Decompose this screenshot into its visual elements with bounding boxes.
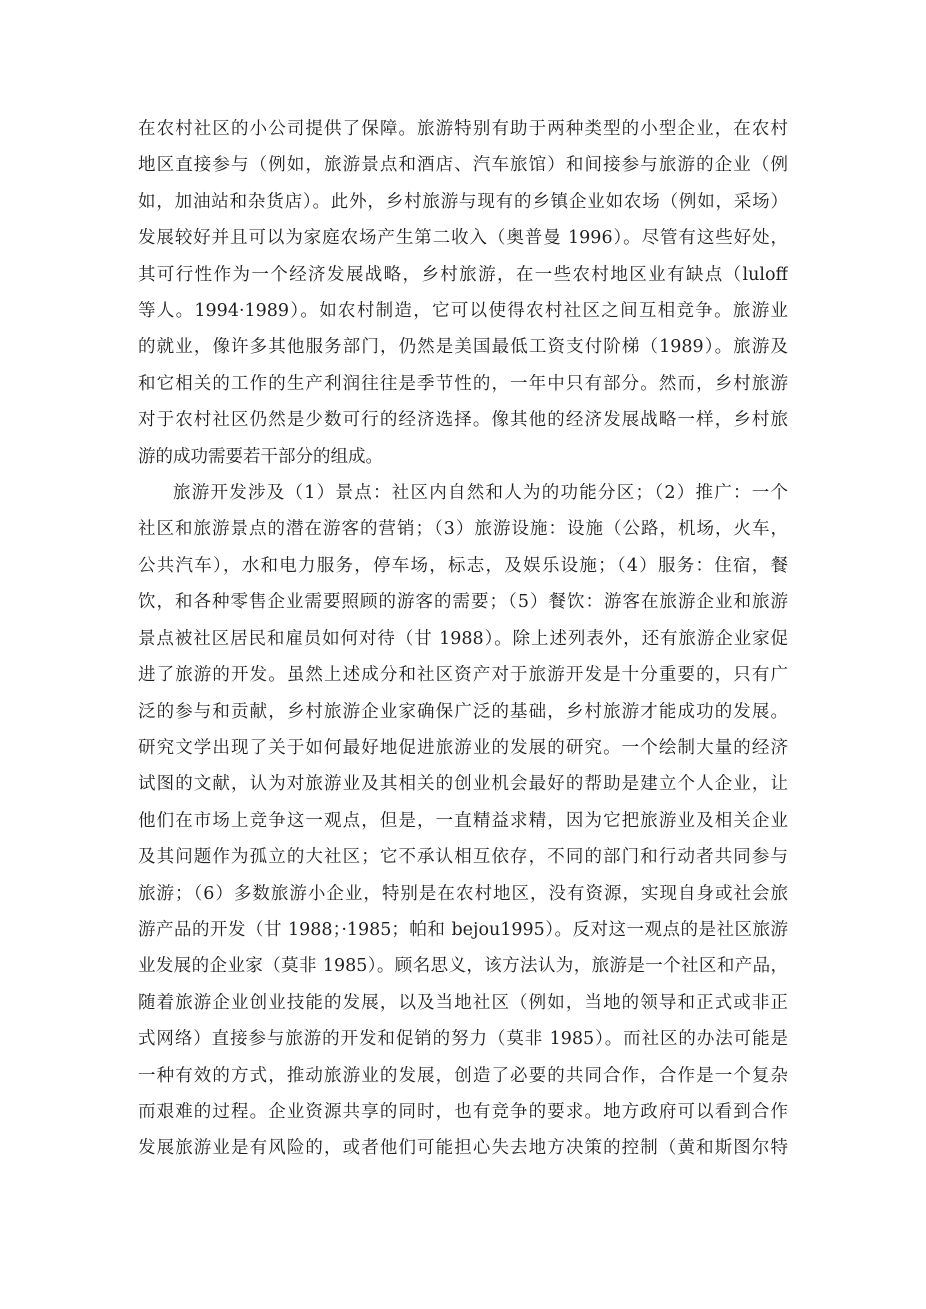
document-page: 在农村社区的小公司提供了保障。旅游特别有助于两种类型的小型企业，在农村 地区直接… (0, 0, 926, 1309)
text-line: 公共汽车），水和电力服务，停车场，标志，及娱乐设施；（4）服务：住宿，餐 (138, 548, 788, 584)
text-line: 在农村社区的小公司提供了保障。旅游特别有助于两种类型的小型企业，在农村 (138, 111, 788, 147)
text-line: 等人。1994·1989）。如农村制造，它可以使得农村社区之间互相竞争。旅游业 (138, 293, 788, 329)
text-line: 社区和旅游景点的潜在游客的营销；（3）旅游设施：设施（公路，机场，火车， (138, 511, 788, 547)
text-line: 景点被社区居民和雇员如何对待（甘 1988）。除上述列表外，还有旅游企业家促 (138, 621, 788, 657)
text-line: 进了旅游的开发。虽然上述成分和社区资产对于旅游开发是十分重要的，只有广 (138, 657, 788, 693)
text-line: 业发展的企业家（莫非 1985）。顾名思义，该方法认为，旅游是一个社区和产品， (138, 948, 788, 984)
text-line: 其可行性作为一个经济发展战略，乡村旅游，在一些农村地区业有缺点（luloff (138, 257, 788, 293)
text-line: 的就业，像许多其他服务部门，仍然是美国最低工资支付阶梯（1989）。旅游及 (138, 329, 788, 365)
text-line: 游的成功需要若干部分的组成。 (138, 439, 788, 475)
paragraph-1: 在农村社区的小公司提供了保障。旅游特别有助于两种类型的小型企业，在农村 地区直接… (138, 111, 788, 475)
text-line: 而艰难的过程。企业资源共享的同时，也有竞争的要求。地方政府可以看到合作 (138, 1094, 788, 1130)
paragraph-2: 旅游开发涉及（1）景点：社区内自然和人为的功能分区；（2）推广：一个 社区和旅游… (138, 475, 788, 1167)
text-line: 及其问题作为孤立的大社区；它不承认相互依存，不同的部门和行动者共同参与 (138, 839, 788, 875)
text-line: 旅游；（6）多数旅游小企业，特别是在农村地区，没有资源，实现自身或社会旅 (138, 876, 788, 912)
text-line: 发展较好并且可以为家庭农场产生第二收入（奥普曼 1996）。尽管有这些好处， (138, 220, 788, 256)
text-line: 游产品的开发（甘 1988；·1985；帕和 bejou1995）。反对这一观点… (138, 912, 788, 948)
text-line: 旅游开发涉及（1）景点：社区内自然和人为的功能分区；（2）推广：一个 (138, 475, 788, 511)
text-line: 随着旅游企业创业技能的发展，以及当地社区（例如，当地的领导和正式或非正 (138, 985, 788, 1021)
text-line: 试图的文献，认为对旅游业及其相关的创业机会最好的帮助是建立个人企业，让 (138, 766, 788, 802)
text-line: 对于农村社区仍然是少数可行的经济选择。像其他的经济发展战略一样，乡村旅 (138, 402, 788, 438)
text-line: 地区直接参与（例如，旅游景点和酒店、汽车旅馆）和间接参与旅游的企业（例 (138, 147, 788, 183)
text-line: 一种有效的方式，推动旅游业的发展，创造了必要的共同合作，合作是一个复杂 (138, 1058, 788, 1094)
text-line: 泛的参与和贡献，乡村旅游企业家确保广泛的基础，乡村旅游才能成功的发展。 (138, 694, 788, 730)
text-line: 和它相关的工作的生产利润往往是季节性的，一年中只有部分。然而，乡村旅游 (138, 366, 788, 402)
text-line: 式网络）直接参与旅游的开发和促销的努力（莫非 1985）。而社区的办法可能是 (138, 1021, 788, 1057)
text-line: 发展旅游业是有风险的，或者他们可能担心失去地方决策的控制（黄和斯图尔特 (138, 1130, 788, 1166)
text-line: 他们在市场上竞争这一观点，但是，一直精益求精，因为它把旅游业及相关企业 (138, 803, 788, 839)
text-line: 研究文学出现了关于如何最好地促进旅游业的发展的研究。一个绘制大量的经济 (138, 730, 788, 766)
text-line: 饮，和各种零售企业需要照顾的游客的需要；（5）餐饮：游客在旅游企业和旅游 (138, 584, 788, 620)
text-line: 如，加油站和杂货店）。此外，乡村旅游与现有的乡镇企业如农场（例如，采场） (138, 184, 788, 220)
